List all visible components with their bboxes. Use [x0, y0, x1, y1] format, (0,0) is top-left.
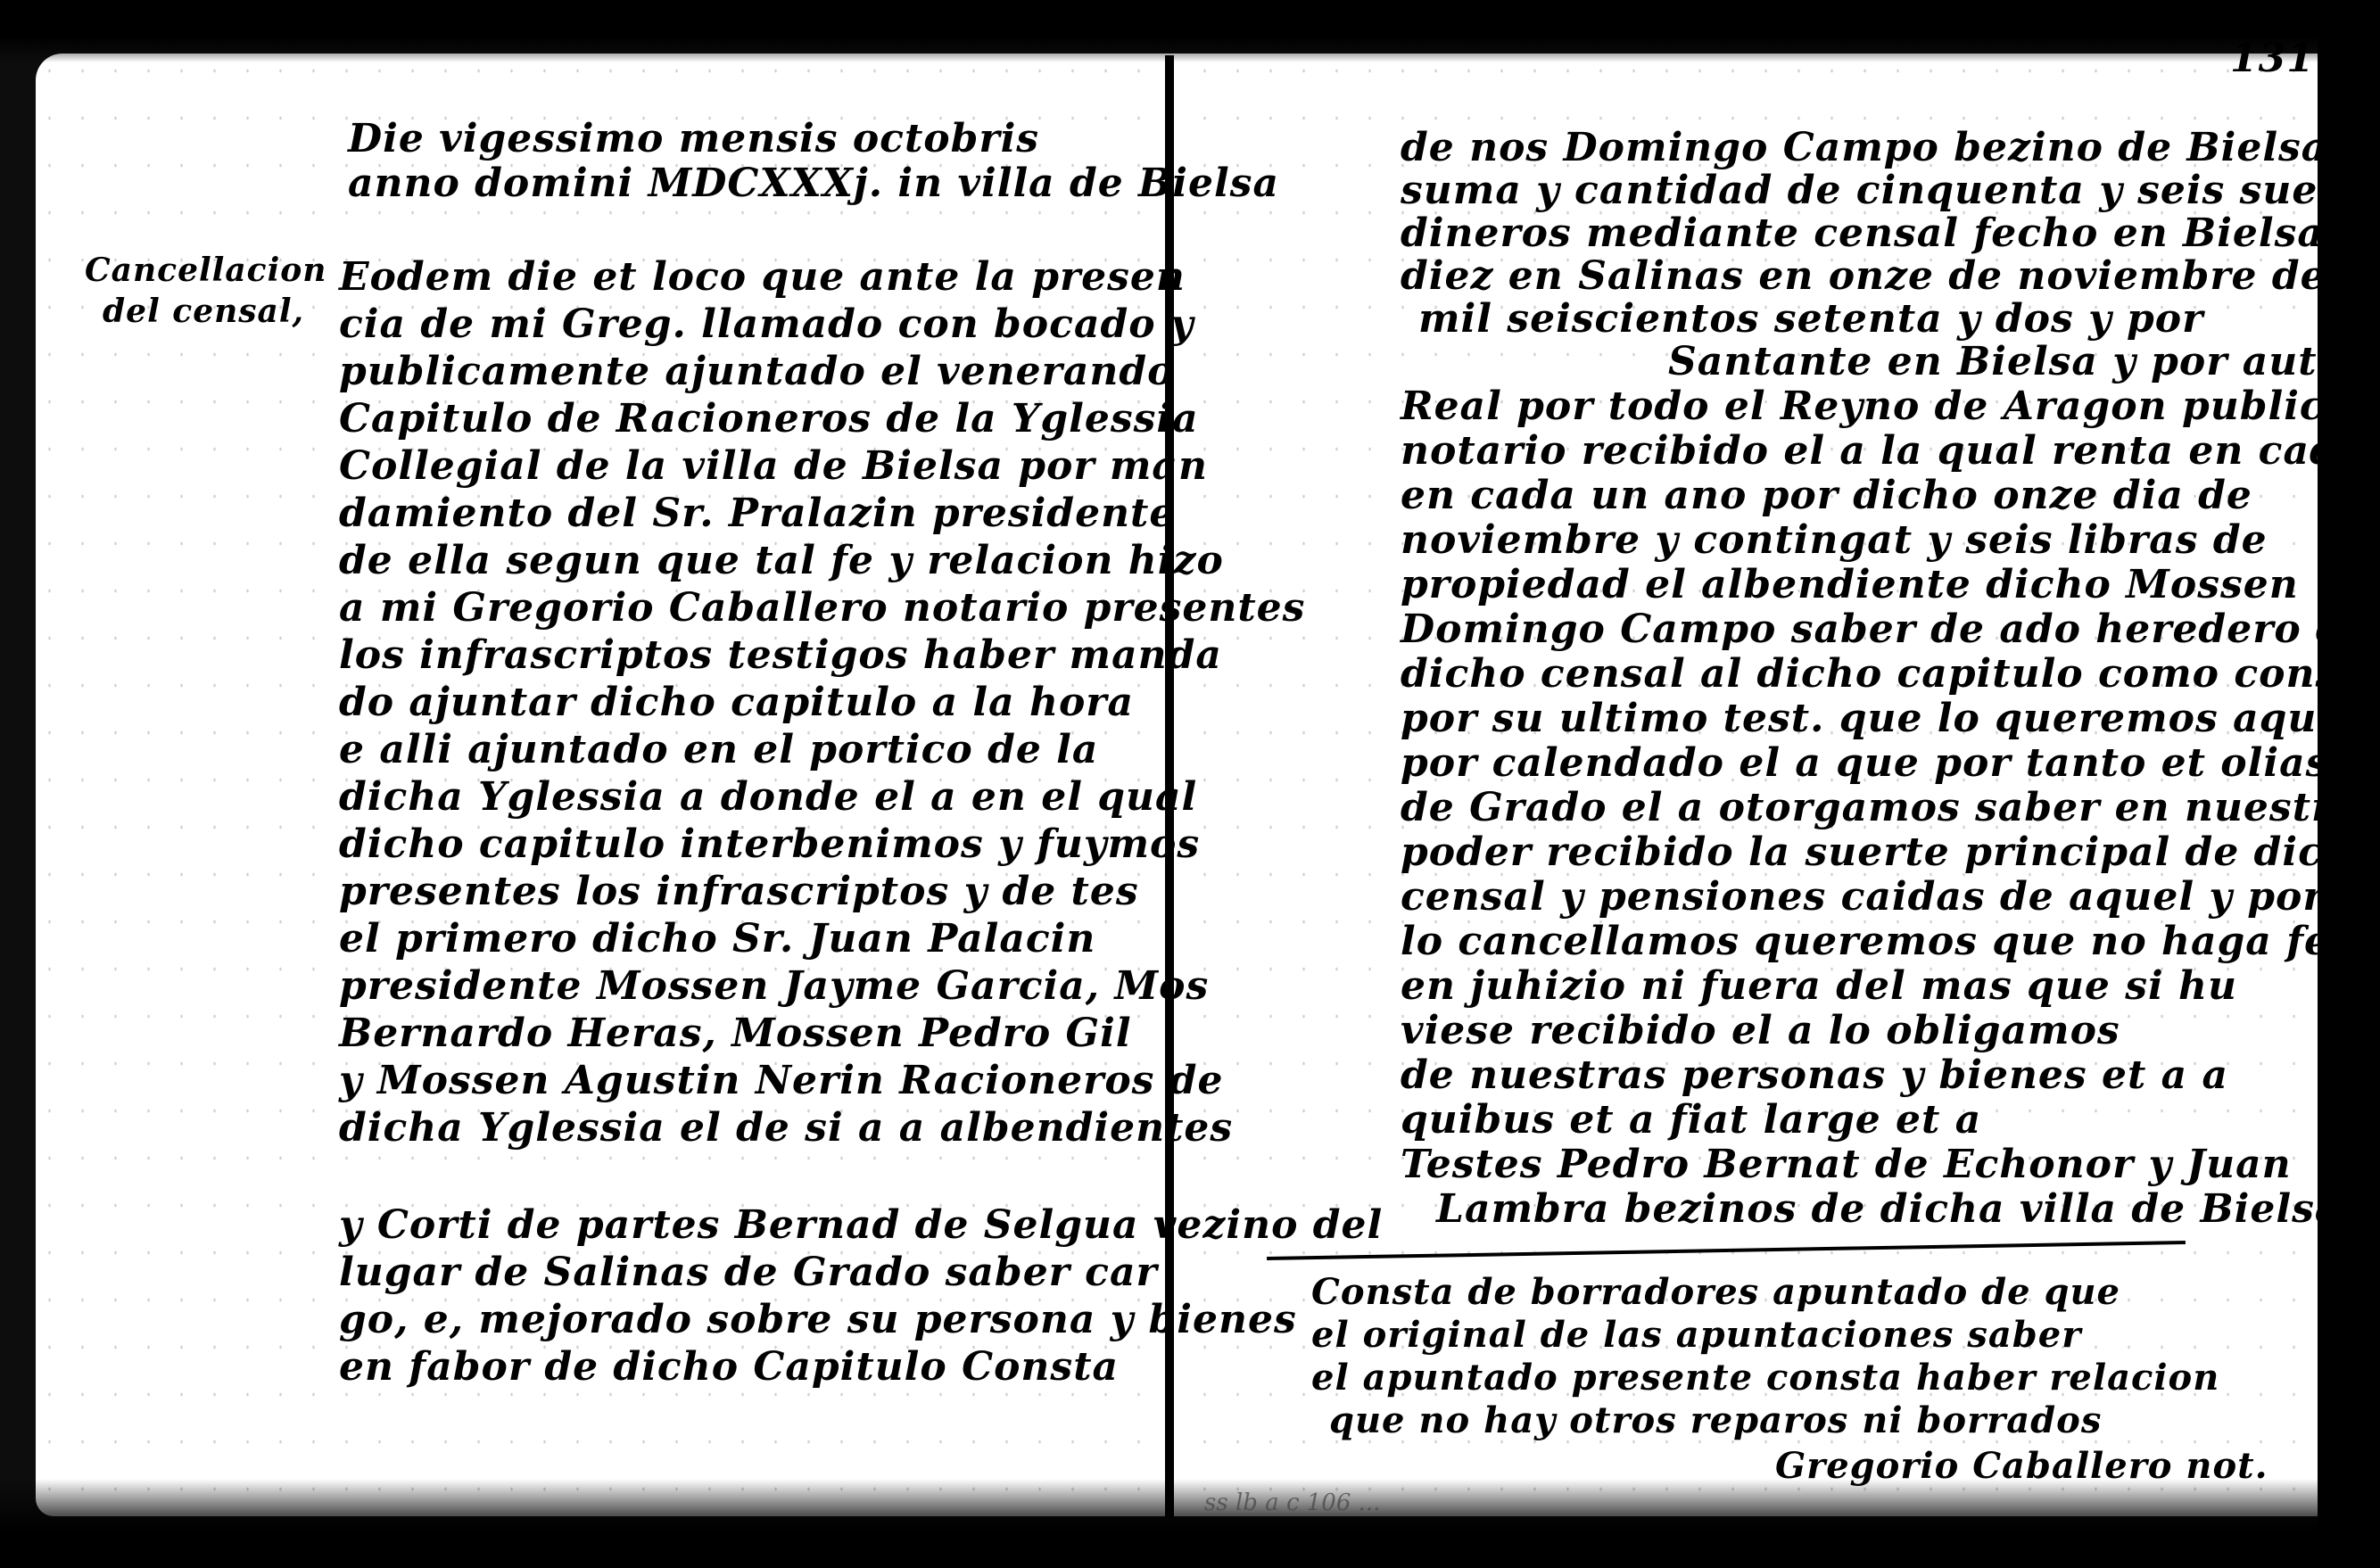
- body-line: noviembre y contingat y seis libras de: [1401, 517, 2268, 563]
- bleed-through-text: ss lb a c 106 ...: [1204, 1490, 1380, 1516]
- body-line: dicho capitulo interbenimos y fuymos: [339, 821, 1200, 867]
- body-line: en juhizio ni fuera del mas que si hu: [1401, 963, 2237, 1009]
- body-line: a mi Gregorio Caballero notario presente…: [339, 585, 1305, 631]
- body-line: viese recibido el a lo obligamos: [1401, 1008, 2120, 1053]
- body-line: por su ultimo test. que lo queremos aqui…: [1401, 696, 2380, 741]
- body-line: dicha Yglessia a donde el a en el qual: [339, 774, 1197, 820]
- body-line: notario recibido el a la qual renta en c…: [1401, 428, 2364, 474]
- entry-heading-line-1: Die vigessimo mensis octobris: [348, 116, 1039, 161]
- body-line: e alli ajuntado en el portico de la: [339, 727, 1098, 772]
- annotation-line: Consta de borradores apuntado de que: [1311, 1271, 2120, 1313]
- body-line: mil seiscientos setenta y dos y por: [1418, 296, 2203, 342]
- body-line: de nuestras personas y bienes et a a: [1401, 1052, 2228, 1098]
- body-line: y Mossen Agustin Nerin Racioneros de: [339, 1058, 1224, 1103]
- body-line: por calendado el a que por tanto et olia…: [1401, 740, 2328, 786]
- annotation-line: que no hay otros reparos ni borrados: [1329, 1399, 2102, 1441]
- entry-heading-line-2: anno domini MDCXXXj. in villa de Bielsa: [348, 161, 1279, 206]
- body-line: propiedad el albendiente dicho Mossen: [1401, 562, 2299, 607]
- body-line: quibus et a fiat large et a: [1401, 1097, 1981, 1143]
- body-line: lo cancellamos queremos que no haga fee: [1401, 919, 2356, 964]
- body-line: poder recibido la suerte principal de di…: [1401, 829, 2379, 875]
- body-line: de nos Domingo Campo bezino de Bielsa la: [1401, 125, 2380, 170]
- body-line: cia de mi Greg. llamado con bocado y: [339, 301, 1194, 347]
- body-line: diez en Salinas en onze de noviembre de: [1401, 253, 2326, 299]
- body-line: el primero dicho Sr. Juan Palacin: [339, 916, 1095, 961]
- body-line: censal y pensiones caidas de aquel y por…: [1401, 874, 2380, 920]
- body-line: damiento del Sr. Pralazin presidente: [339, 491, 1175, 536]
- body-line: de Grado el a otorgamos saber en nuestro: [1401, 785, 2360, 830]
- body-line: Domingo Campo saber de ado heredero de: [1401, 607, 2370, 652]
- body-line: Lambra bezinos de dicha villa de Bielsa: [1436, 1186, 2341, 1232]
- body-line: dineros mediante censal fecho en Bielsa …: [1401, 210, 2380, 256]
- body-line: publicamente ajuntado el venerando: [339, 349, 1174, 394]
- body-line: Real por todo el Reyno de Aragon publico: [1401, 384, 2351, 429]
- page-number: 131: [2230, 36, 2315, 81]
- body-line: de ella segun que tal fe y relacion hizo: [339, 538, 1224, 583]
- body-line: presidente Mossen Jayme Garcia, Mos: [339, 963, 1209, 1009]
- annotation-line: el apuntado presente consta haber relaci…: [1311, 1357, 2219, 1399]
- body-line: Collegial de la villa de Bielsa por man: [339, 443, 1208, 489]
- body-line: presentes los infrascriptos y de tes: [339, 869, 1139, 914]
- body-line: los infrascriptos testigos haber manda: [339, 632, 1222, 678]
- body-line: Santante en Bielsa y por autoridad: [1668, 339, 2380, 384]
- body-line: en fabor de dicho Capitulo Consta: [339, 1344, 1119, 1390]
- body-line: y Corti de partes Bernad de Selgua vezin…: [339, 1202, 1383, 1248]
- body-line: suma y cantidad de cinquenta y seis suel…: [1401, 168, 2380, 213]
- body-line: Eodem die et loco que ante la presen: [339, 254, 1186, 300]
- body-line: Bernardo Heras, Mossen Pedro Gil: [339, 1011, 1132, 1056]
- body-line: Testes Pedro Bernat de Echonor y Juan: [1401, 1142, 2292, 1187]
- body-line: go, e, mejorado sobre su persona y biene…: [339, 1297, 1297, 1342]
- notary-signature: Gregorio Caballero not.: [1775, 1445, 2268, 1487]
- body-line: en cada un ano por dicho onze dia de: [1401, 473, 2252, 518]
- margin-note-line-2: del censal,: [103, 291, 304, 332]
- body-line: dicho censal al dicho capitulo como cons…: [1401, 651, 2380, 697]
- annotation-line: el original de las apuntaciones saber: [1311, 1314, 2081, 1356]
- top-edge-shadow: [0, 0, 2380, 62]
- body-line: lugar de Salinas de Grado saber car: [339, 1250, 1158, 1295]
- bottom-edge-shadow: [0, 1479, 2380, 1568]
- margin-note-line-1: Cancellacion: [85, 250, 326, 291]
- body-line: dicha Yglessia el de si a a albendientes: [339, 1105, 1233, 1151]
- body-line: do ajuntar dicho capitulo a la hora: [339, 680, 1134, 725]
- body-line: Capitulo de Racioneros de la Yglessia: [339, 396, 1199, 442]
